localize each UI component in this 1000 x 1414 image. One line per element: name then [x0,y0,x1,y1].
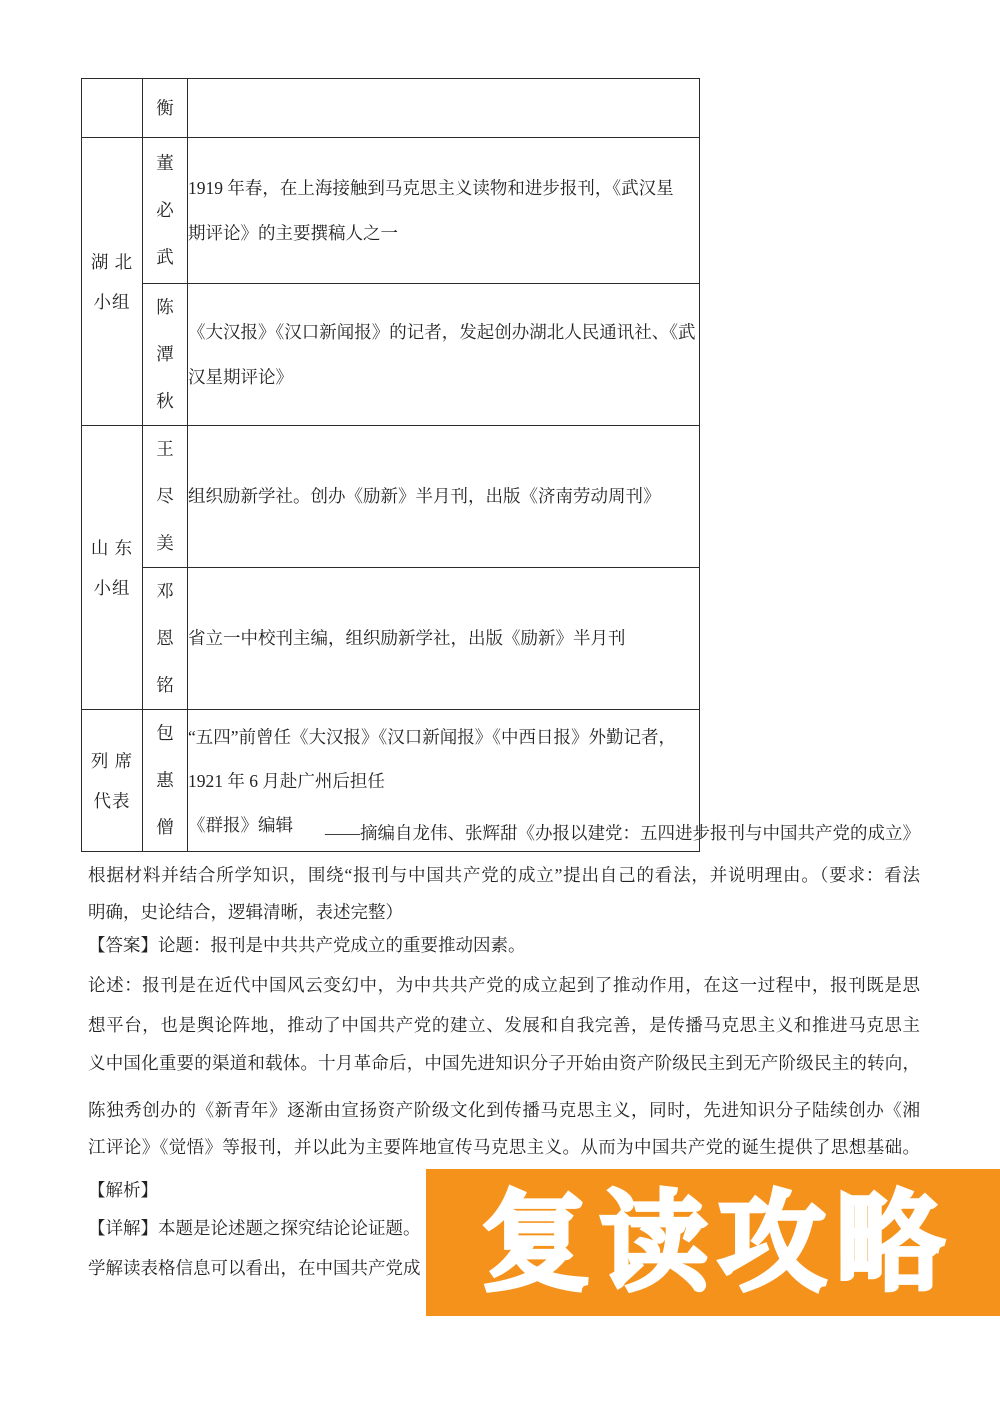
member-name: 董必武 [155,140,176,281]
desc-cell-chentanqiu: 《大汉报》《汉口新闻报》的记者，发起创办湖北人民通讯社、《武 汉星期评论》 [188,284,700,426]
table-row-wangjinmei: 山 东 小组 王尽美 组织励新学社。创办《励新》半月刊，出版《济南劳动周刊》 [82,426,700,568]
name-cell-dongbiwu: 董必武 [143,138,188,284]
discussion-line-1: 论述：报刊是在近代中国风云变幻中，为中共共产党的成立起到了推动作用，在这一过程中… [88,966,920,1004]
name-cell-partial: 衡 [143,79,188,138]
name-cell-chentanqiu: 陈潭秋 [143,284,188,426]
member-name: 王尽美 [155,426,176,567]
member-name: 陈潭秋 [155,284,176,425]
name-cell-wangjinmei: 王尽美 [143,426,188,568]
discussion-line-5: 江评论》《觉悟》等报刊，并以此为主要阵地宣传马克思主义。从而为中国共产党的诞生提… [88,1128,920,1166]
answer-title: 【答案】论题：报刊是中共共产党成立的重要推动因素。 [88,926,920,964]
discussion-line-4: 陈独秀创办的《新青年》逐渐由宣扬资产阶级文化到传播马克思主义，同时，先进知识分子… [88,1091,920,1129]
table-row-dongbiwu: 湖 北 小组 董必武 1919 年春，在上海接触到马克思主义读物和进步报刊，《武… [82,138,700,284]
discussion-line-2: 想平台，也是舆论阵地，推动了中国共产党的建立、发展和自我完善，是传播马克思主义和… [88,1006,920,1044]
discussion-line-3: 义中国化重要的渠道和载体。十月革命后，中国先进知识分子开始由资产阶级民主到无产阶… [88,1044,920,1082]
promo-banner-text: 复读攻略 [472,1189,954,1297]
table-row-dengenming: 邓恩铭 省立一中校刊主编，组织励新学社，出版《励新》半月刊 [82,568,700,710]
group-cell-shandong: 山 东 小组 [82,426,143,710]
document-page: 衡 湖 北 小组 董必武 1919 年春，在上海接触到马克思主义读物和进步报刊，… [0,0,1000,1414]
table-row-partial: 衡 [82,79,700,138]
question-line-1: 根据材料并结合所学知识，围绕“报刊与中国共产党的成立”提出自己的看法，并说明理由… [88,856,920,894]
promo-banner: 复读攻略 [426,1169,1000,1316]
member-table: 衡 湖 北 小组 董必武 1919 年春，在上海接触到马克思主义读物和进步报刊，… [81,78,700,852]
table-row-chentanqiu: 陈潭秋 《大汉报》《汉口新闻报》的记者，发起创办湖北人民通讯社、《武 汉星期评论… [82,284,700,426]
member-name: 衡 [155,85,176,132]
group-cell-empty [82,79,143,138]
member-name: 邓恩铭 [155,568,176,709]
desc-cell-dengenming: 省立一中校刊主编，组织励新学社，出版《励新》半月刊 [188,568,700,710]
name-cell-dengenming: 邓恩铭 [143,568,188,710]
source-line: ——摘编自龙伟、张辉甜《办报以建党：五四进步报刊与中国共产党的成立》 [88,814,920,852]
desc-cell-wangjinmei: 组织励新学社。创办《励新》半月刊，出版《济南劳动周刊》 [188,426,700,568]
desc-cell-partial [188,79,700,138]
desc-cell-dongbiwu: 1919 年春，在上海接触到马克思主义读物和进步报刊，《武汉星 期评论》的主要撰… [188,138,700,284]
group-cell-hubei: 湖 北 小组 [82,138,143,426]
